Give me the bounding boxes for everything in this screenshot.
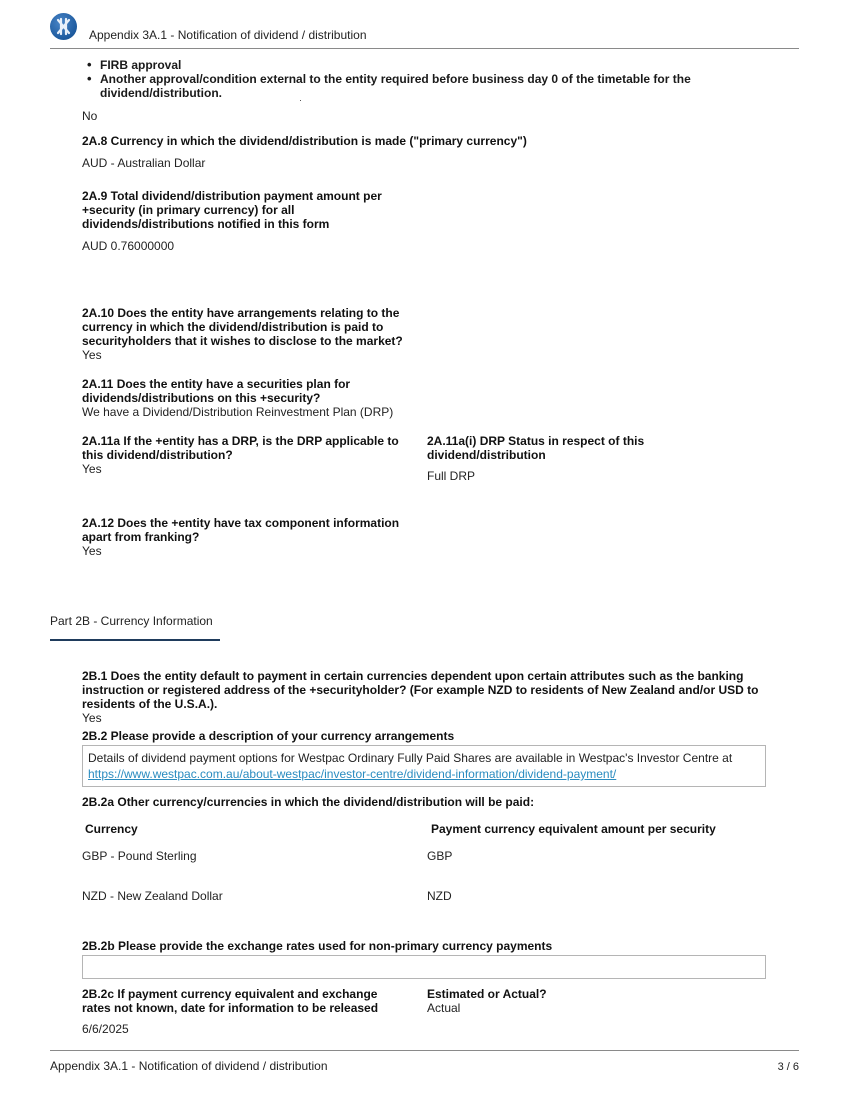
q2a9-label: 2A.9 Total dividend/distribution payment…	[82, 189, 412, 231]
q2a10-label: 2A.10 Does the entity have arrangements …	[82, 306, 422, 348]
q2b2-label: 2B.2 Please provide a description of you…	[82, 729, 772, 743]
q2a10-answer: Yes	[82, 348, 102, 362]
footer-title: Appendix 3A.1 - Notification of dividend…	[50, 1059, 328, 1073]
q2a11ai-label: 2A.11a(i) DRP Status in respect of this …	[427, 434, 677, 462]
westpac-dividend-link[interactable]: https://www.westpac.com.au/about-westpac…	[88, 767, 616, 781]
table-row-currency: NZD - New Zealand Dollar	[82, 889, 223, 903]
stray-dot	[300, 100, 301, 101]
q2a11-answer: We have a Dividend/Distribution Reinvest…	[82, 405, 393, 419]
asx-logo-icon	[50, 13, 77, 40]
estimated-or-actual-answer: Actual	[427, 1001, 460, 1015]
bullet-item: FIRB approval	[100, 58, 766, 72]
q2a11a-answer: Yes	[82, 462, 102, 476]
q2a11ai-answer: Full DRP	[427, 469, 475, 483]
q2a12-answer: Yes	[82, 544, 102, 558]
q2b2a-label: 2B.2a Other currency/currencies in which…	[82, 795, 772, 809]
table-row-currency: GBP - Pound Sterling	[82, 849, 197, 863]
q2a12-label: 2A.12 Does the +entity have tax componen…	[82, 516, 422, 544]
q2a11a-label: 2A.11a If the +entity has a DRP, is the …	[82, 434, 422, 462]
estimated-or-actual-label: Estimated or Actual?	[427, 987, 547, 1001]
table-header-amount: Payment currency equivalent amount per s…	[431, 822, 716, 836]
header-title: Appendix 3A.1 - Notification of dividend…	[89, 28, 367, 42]
q2a8-label: 2A.8 Currency in which the dividend/dist…	[82, 134, 782, 148]
q2b2c-answer: 6/6/2025	[82, 1022, 129, 1036]
table-row-amount: NZD	[427, 889, 452, 903]
part-2b-title: Part 2B - Currency Information	[50, 614, 213, 628]
q2a11-label: 2A.11 Does the entity have a securities …	[82, 377, 382, 405]
currency-arrangements-textbox: Details of dividend payment options for …	[82, 745, 766, 787]
part-2b-underline	[50, 639, 220, 641]
table-header-currency: Currency	[85, 822, 138, 836]
approvals-list: FIRB approval Another approval/condition…	[86, 58, 766, 100]
q2b1-label: 2B.1 Does the entity default to payment …	[82, 669, 772, 711]
q2a9-answer: AUD 0.76000000	[82, 239, 174, 253]
q2b1-answer: Yes	[82, 711, 102, 725]
approvals-answer: No	[82, 109, 97, 123]
currency-arrangements-text: Details of dividend payment options for …	[88, 751, 732, 765]
footer-divider	[50, 1050, 799, 1051]
q2b2c-label: 2B.2c If payment currency equivalent and…	[82, 987, 402, 1015]
q2b2b-label: 2B.2b Please provide the exchange rates …	[82, 939, 772, 953]
page-number: 3 / 6	[778, 1061, 799, 1073]
header-divider	[50, 48, 799, 49]
exchange-rates-textbox	[82, 955, 766, 979]
table-row-amount: GBP	[427, 849, 452, 863]
bullet-item: Another approval/condition external to t…	[100, 72, 766, 100]
q2a8-answer: AUD - Australian Dollar	[82, 156, 205, 170]
